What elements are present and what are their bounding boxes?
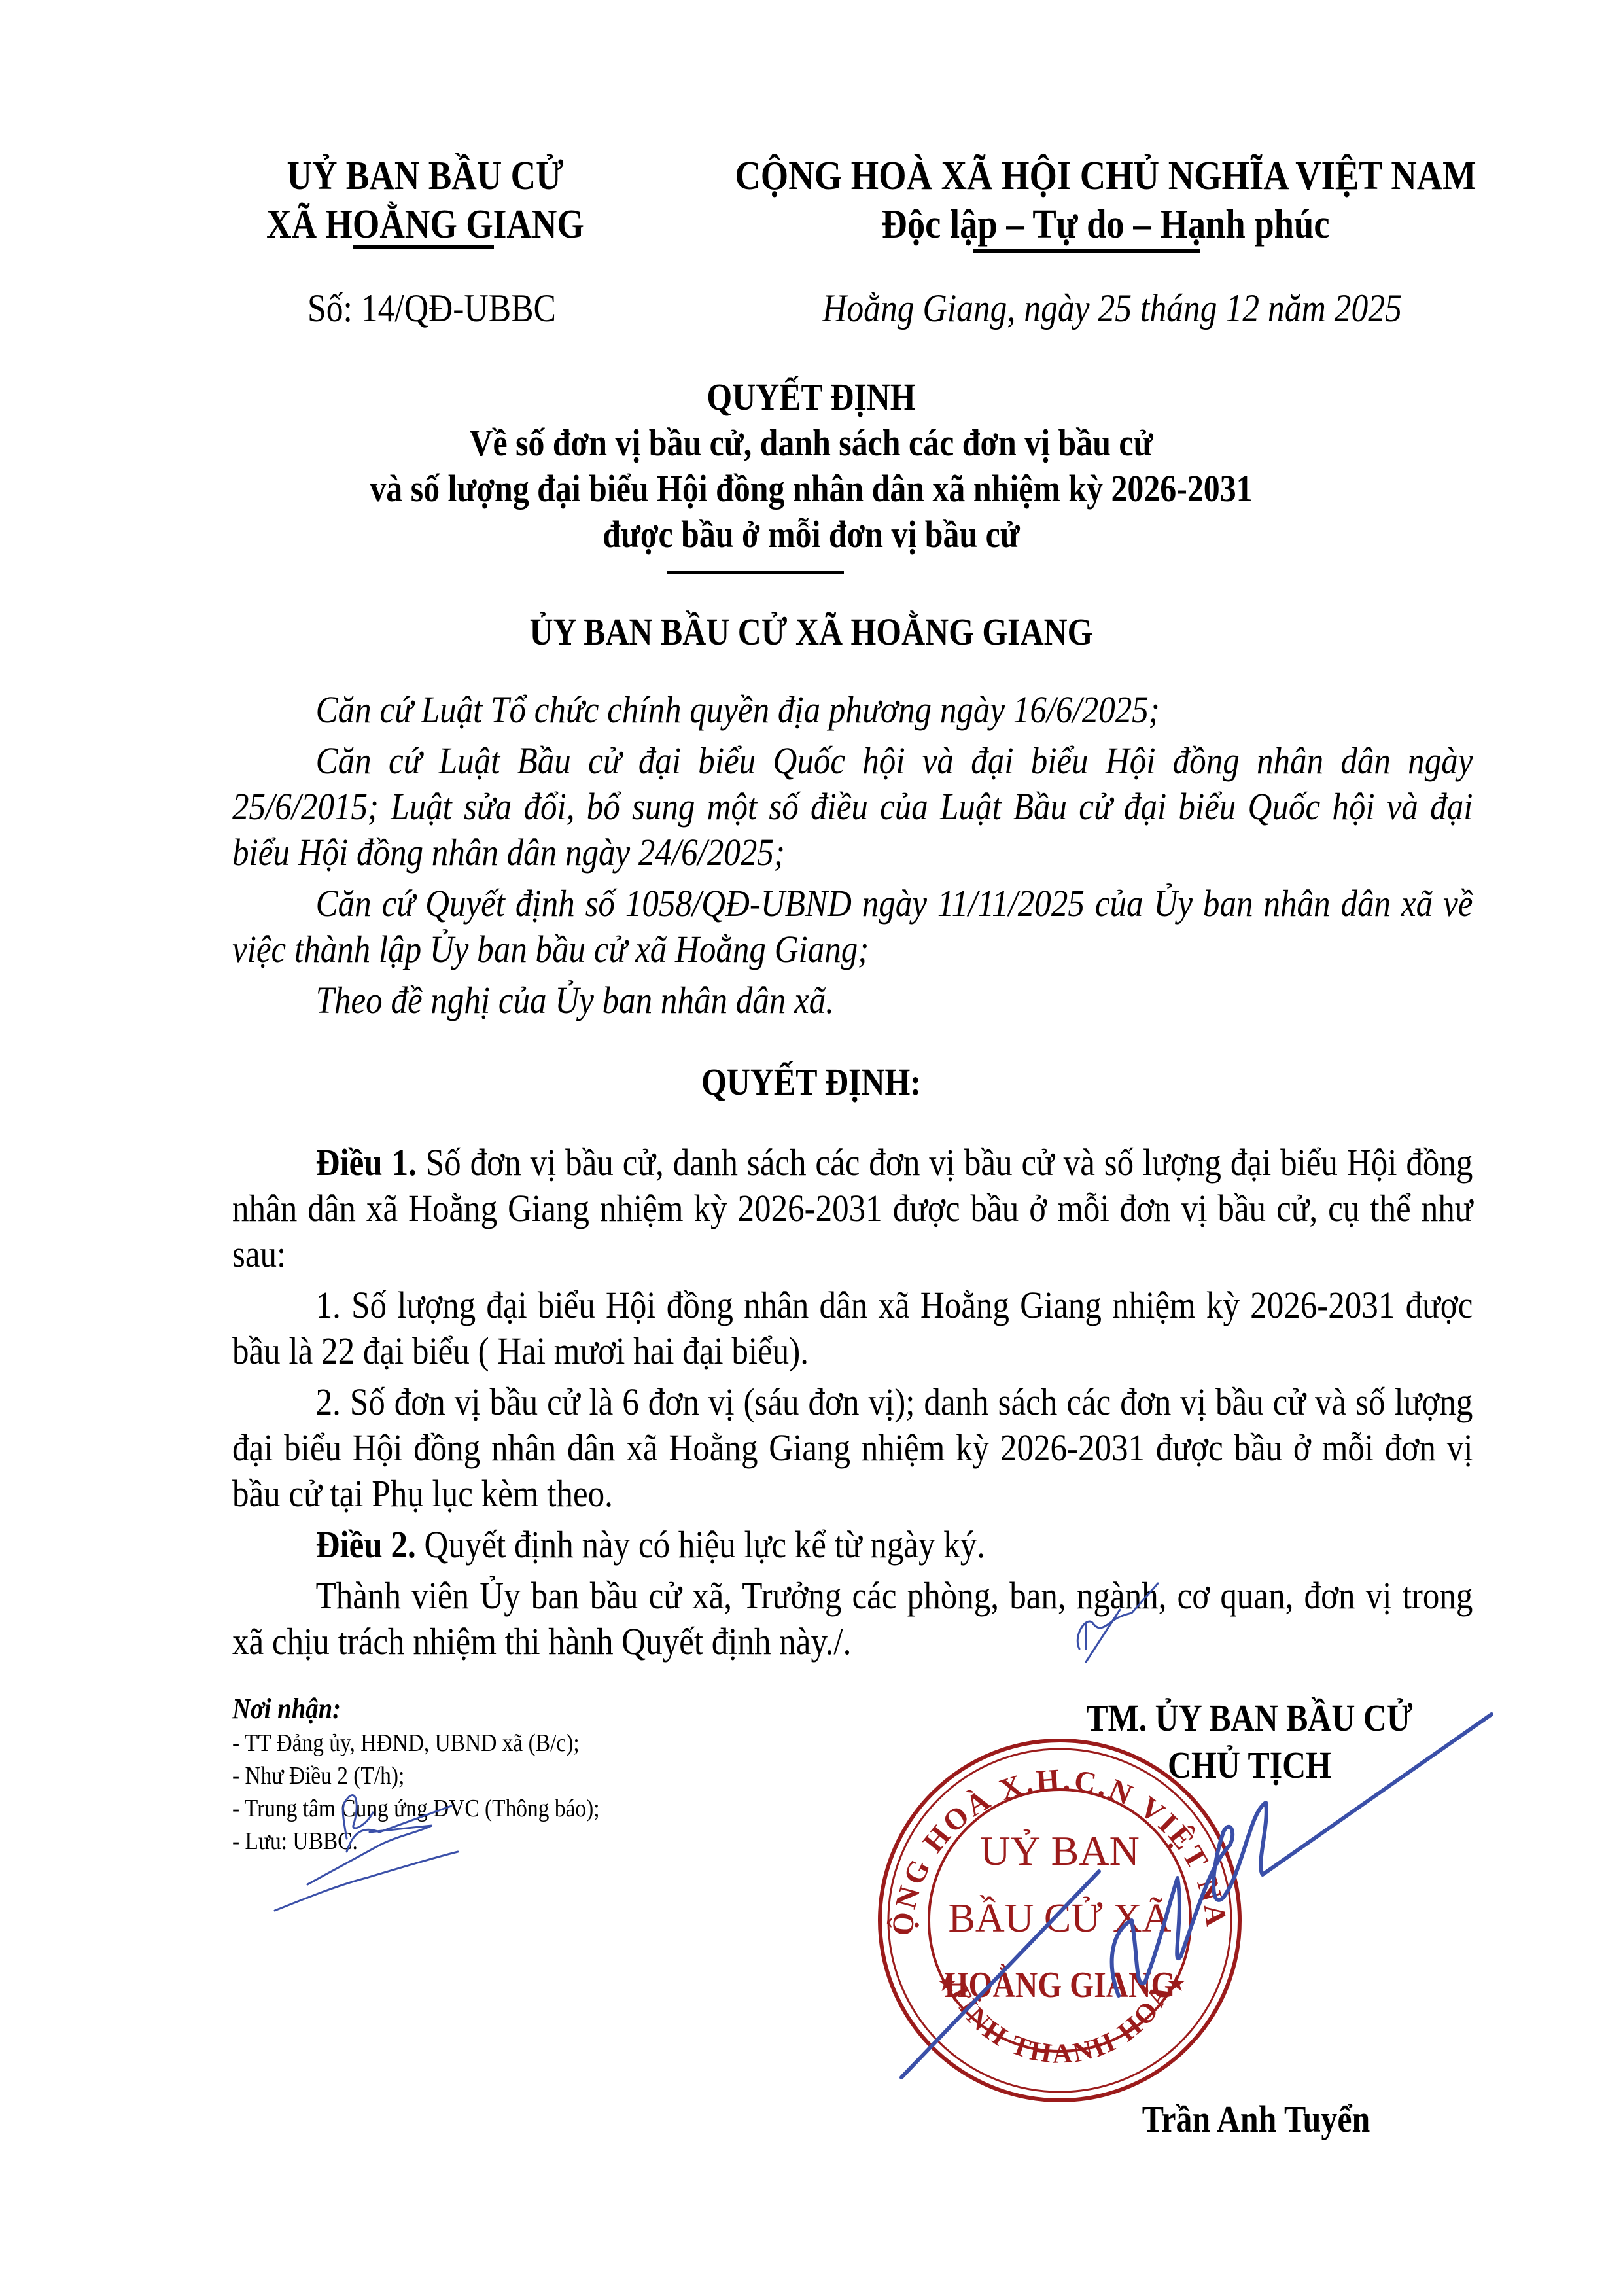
title-underline bbox=[667, 571, 844, 574]
legal-basis-item: Căn cứ Luật Bầu cử đại biểu Quốc hội và … bbox=[232, 738, 1473, 875]
recipient-item: - Lưu: UBBC. bbox=[232, 1825, 600, 1858]
article-1-text: Số đơn vị bầu cử, danh sách các đơn vị b… bbox=[232, 1141, 1473, 1275]
nation-line-2: Độc lập – Tự do – Hạnh phúc bbox=[731, 200, 1480, 249]
nation-line-1: CỘNG HOÀ XÃ HỘI CHỦ NGHĨA VIỆT NAM bbox=[731, 152, 1480, 200]
recipient-item: - Trung tâm Cung ứng DVC (Thông báo); bbox=[232, 1792, 600, 1825]
seal-inner-line-1: UỶ BAN bbox=[980, 1828, 1140, 1874]
recipients-label: Nơi nhận: bbox=[232, 1691, 600, 1727]
recipients: Nơi nhận: - TT Đảng ủy, HĐND, UBND xã (B… bbox=[232, 1691, 600, 1858]
issuer-header: UỶ BAN BẦU CỬ XÃ HOẰNG GIANG bbox=[245, 152, 605, 249]
article-1: Điều 1. Số đơn vị bầu cử, danh sách các … bbox=[232, 1140, 1473, 1277]
recipient-item: - TT Đảng ủy, HĐND, UBND xã (B/c); bbox=[232, 1727, 600, 1759]
signer-name: Trần Anh Tuyển bbox=[1053, 2097, 1458, 2141]
decision-label: QUYẾT ĐỊNH: bbox=[283, 1060, 1340, 1104]
place-date: Hoằng Giang, ngày 25 tháng 12 năm 2025 bbox=[752, 286, 1473, 331]
article-1-label: Điều 1. bbox=[316, 1141, 417, 1184]
issuer-underline bbox=[353, 245, 494, 249]
signer-on-behalf: TM. ỦY BAN BẦU CỬ bbox=[1019, 1695, 1480, 1742]
title-subject-3: được bầu ở mỗi đơn vị bầu cử bbox=[283, 512, 1340, 557]
title-subject-1: Về số đơn vị bầu cử, danh sách các đơn v… bbox=[283, 420, 1340, 466]
issuer-line-2: XÃ HOẰNG GIANG bbox=[245, 200, 605, 249]
legal-basis-item: Căn cứ Quyết định số 1058/QĐ-UBND ngày 1… bbox=[232, 881, 1473, 972]
legal-basis-item: Theo đề nghị của Ủy ban nhân dân xã. bbox=[232, 978, 1473, 1023]
signer-position: CHỦ TỊCH bbox=[1019, 1742, 1480, 1789]
legal-basis: Căn cứ Luật Tổ chức chính quyền địa phươ… bbox=[232, 687, 1473, 1029]
recipient-item: - Như Điều 2 (T/h); bbox=[232, 1759, 600, 1792]
seal-bottom-text: TỈNH THANH HOÁ bbox=[942, 1977, 1178, 2070]
svg-text:TỈNH THANH HOÁ: TỈNH THANH HOÁ bbox=[942, 1977, 1178, 2070]
committee-heading: ỦY BAN BẦU CỬ XÃ HOẰNG GIANG bbox=[283, 610, 1340, 654]
articles: Điều 1. Số đơn vị bầu cử, danh sách các … bbox=[232, 1140, 1473, 1670]
title-subject-2: và số lượng đại biểu Hội đồng nhân dân x… bbox=[283, 466, 1340, 512]
title-heading: QUYẾT ĐỊNH bbox=[283, 374, 1340, 420]
nation-header: CỘNG HOÀ XÃ HỘI CHỦ NGHĨA VIỆT NAM Độc l… bbox=[731, 152, 1480, 249]
document-number: Số: 14/QĐ-UBBC bbox=[274, 286, 589, 331]
seal-inner-line-2: BẦU CỬ XÃ bbox=[949, 1896, 1172, 1941]
document-title: QUYẾT ĐỊNH Về số đơn vị bầu cử, danh sác… bbox=[283, 374, 1340, 557]
implementation-clause: Thành viên Ủy ban bầu cử xã, Trưởng các … bbox=[232, 1573, 1473, 1665]
issuer-line-1: UỶ BAN BẦU CỬ bbox=[245, 152, 605, 200]
article-1-item-2: 2. Số đơn vị bầu cử là 6 đơn vị (sáu đơn… bbox=[232, 1379, 1473, 1517]
article-1-item-1: 1. Số lượng đại biểu Hội đồng nhân dân x… bbox=[232, 1282, 1473, 1374]
legal-basis-item: Căn cứ Luật Tổ chức chính quyền địa phươ… bbox=[232, 687, 1473, 733]
seal-inner-line-3: HOẰNG GIANG bbox=[945, 1963, 1176, 2005]
article-2-text: Quyết định này có hiệu lực kể từ ngày ký… bbox=[416, 1523, 985, 1566]
article-2: Điều 2. Quyết định này có hiệu lực kể từ… bbox=[232, 1522, 1473, 1568]
signer-block: TM. ỦY BAN BẦU CỬ CHỦ TỊCH bbox=[1019, 1695, 1480, 1789]
star-icon: ★ bbox=[1166, 1970, 1187, 1996]
motto-underline bbox=[973, 249, 1200, 253]
star-icon: ★ bbox=[937, 1970, 958, 1996]
article-2-label: Điều 2. bbox=[316, 1523, 416, 1566]
